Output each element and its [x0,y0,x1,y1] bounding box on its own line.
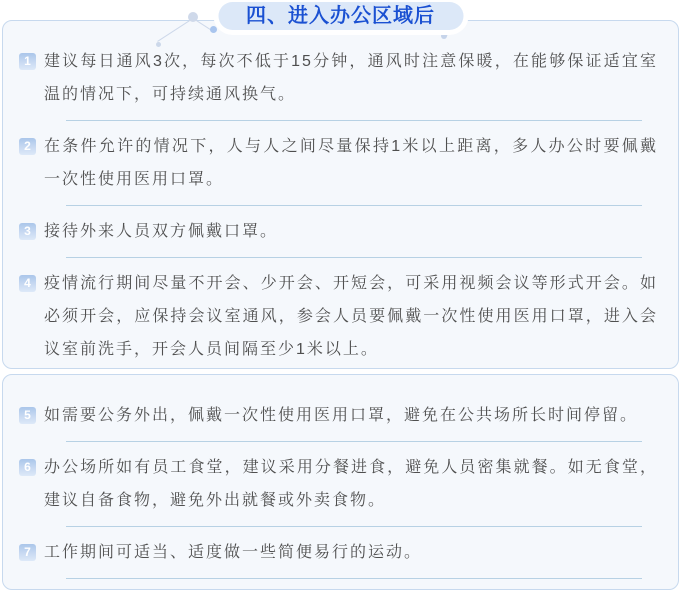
divider [66,205,642,206]
item-number-badge: 5 [19,407,36,424]
list-item: 7 工作期间可适当、适度做一些简便易行的运动。 [16,532,658,573]
divider [66,578,642,579]
divider [66,526,642,527]
item-number-badge: 1 [19,53,36,70]
item-number-badge: 3 [19,223,36,240]
item-text: 办公场所如有员工食堂，建议采用分餐进食，避免人员密集就餐。如无食堂，建议自备食物… [44,451,658,517]
list-item: 5 如需要公务外出，佩戴一次性使用医用口罩，避免在公共场所长时间停留。 [16,395,658,436]
item-text: 工作期间可适当、适度做一些简便易行的运动。 [44,536,658,569]
guidelines-card-bottom: 5 如需要公务外出，佩戴一次性使用医用口罩，避免在公共场所长时间停留。 6 办公… [2,374,679,590]
divider [66,120,642,121]
list-item: 1 建议每日通风3次，每次不低于15分钟，通风时注意保暖，在能够保证适宜室温的情… [16,41,658,115]
molecule-dot-icon [210,26,217,33]
item-text: 疫情流行期间尽量不开会、少开会、开短会，可采用视频会议等形式开会。如必须开会，应… [44,267,658,366]
list-item: 4 疫情流行期间尽量不开会、少开会、开短会，可采用视频会议等形式开会。如必须开会… [16,263,658,369]
guidelines-card-top: 1 建议每日通风3次，每次不低于15分钟，通风时注意保暖，在能够保证适宜室温的情… [2,20,679,369]
item-text: 接待外来人员双方佩戴口罩。 [44,215,658,248]
list-item: 6 办公场所如有员工食堂，建议采用分餐进食，避免人员密集就餐。如无食堂，建议自备… [16,447,658,521]
item-text: 在条件允许的情况下，人与人之间尽量保持1米以上距离，多人办公时要佩戴一次性使用医… [44,130,658,196]
section-title: 四、进入办公区域后 [218,2,463,30]
divider [66,257,642,258]
item-number-badge: 2 [19,138,36,155]
item-number-badge: 4 [19,275,36,292]
item-number-badge: 7 [19,544,36,561]
list-item: 3 接待外来人员双方佩戴口罩。 [16,211,658,252]
molecule-dot-icon [441,33,447,39]
molecule-dot-icon [188,12,198,22]
list-item: 2 在条件允许的情况下，人与人之间尽量保持1米以上距离，多人办公时要佩戴一次性使… [16,126,658,200]
item-text: 如需要公务外出，佩戴一次性使用医用口罩，避免在公共场所长时间停留。 [44,399,658,432]
guideline-poster: 四、进入办公区域后 1 建议每日通风3次，每次不低于15分钟，通风时注意保暖，在… [0,0,681,594]
item-text: 建议每日通风3次，每次不低于15分钟，通风时注意保暖，在能够保证适宜室温的情况下… [44,45,658,111]
molecule-dot-icon [156,42,161,47]
item-number-badge: 6 [19,459,36,476]
divider [66,441,642,442]
